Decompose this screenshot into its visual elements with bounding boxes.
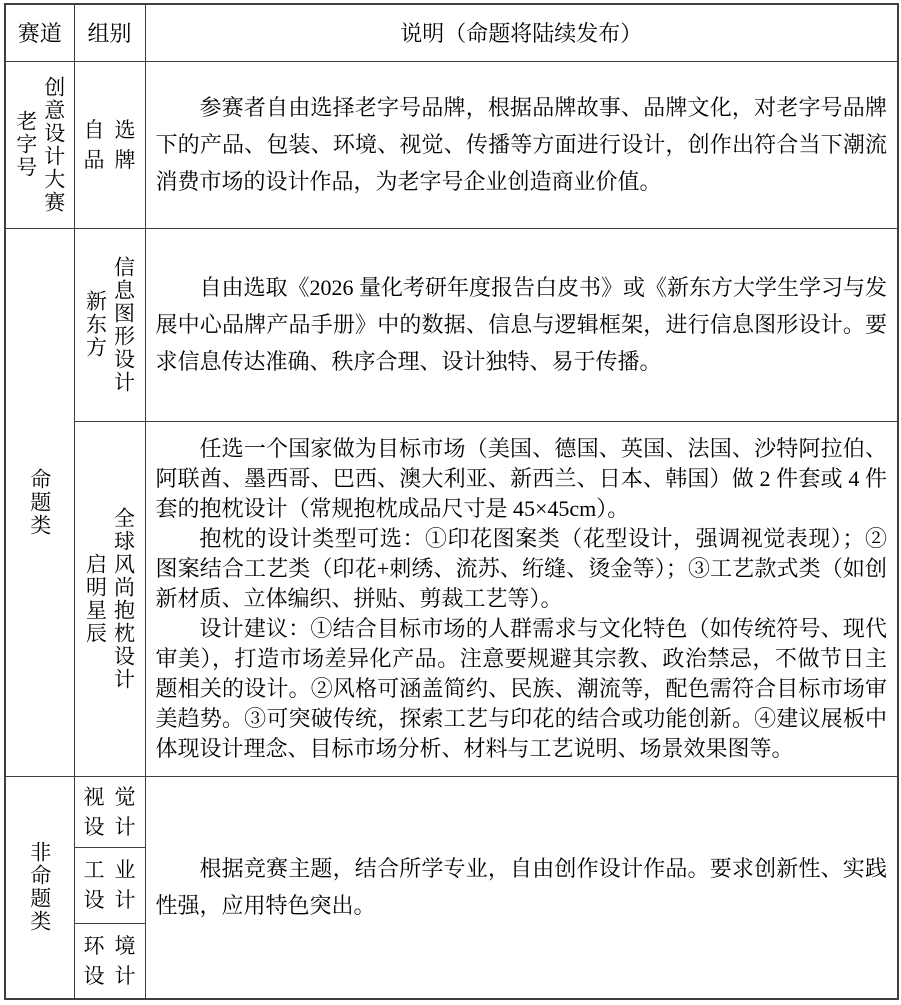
group-zixuan-line2: 品牌 — [75, 145, 145, 175]
group-cell-shijue-sheji: 视觉 设计 — [74, 776, 145, 847]
group-gongye-line2: 设计 — [75, 885, 145, 915]
track-feimingti-text: 非命题类 — [29, 841, 51, 933]
group-xindongfang-col-right: 信息图形设计 — [113, 256, 135, 394]
group-zixuan-line1-text: 自选 — [84, 115, 146, 145]
group-zixuan-line2-text: 品牌 — [84, 145, 146, 175]
row-mingti-qimingxingchen: 启明星辰 全球风尚抱枕设计 任选一个国家做为目标市场（美国、德国、英国、法国、沙… — [5, 421, 898, 776]
group-gongye-line1-text: 工业 — [84, 855, 146, 885]
group-xindongfang-vertical-text: 新东方 信息图形设计 — [75, 256, 145, 394]
desc-cell-qimingxingchen: 任选一个国家做为目标市场（美国、德国、英国、法国、沙特阿拉伯、阿联酋、墨西哥、巴… — [145, 421, 898, 776]
track-laozihao-col-right: 创意设计大赛 — [43, 76, 65, 214]
group-zixuan-line1: 自选 — [75, 115, 145, 145]
desc-qimingxingchen-paragraph-2: 抱枕的设计类型可选：①印花图案类（花型设计，强调视觉表现）；②图案结合工艺类（印… — [156, 524, 888, 614]
group-huanjing-line1: 环境 — [75, 931, 145, 961]
track-cell-feimingti: 非命题类 — [5, 776, 74, 999]
track-mingti-text: 命题类 — [29, 468, 51, 537]
track-laozihao-vertical-text: 老字号 创意设计大赛 — [6, 76, 74, 214]
track-laozihao-col-left: 老字号 — [15, 110, 37, 179]
desc-cell-xindongfang: 自由选取《2026 量化考研年度报告白皮书》或《新东方大学生学习与发展中心品牌产… — [145, 228, 898, 421]
group-huanjing-line1-text: 环境 — [84, 931, 146, 961]
group-cell-zixuan-pinpai: 自选 品牌 — [74, 61, 145, 228]
desc-xindongfang-paragraph: 自由选取《2026 量化考研年度报告白皮书》或《新东方大学生学习与发展中心品牌产… — [156, 269, 888, 380]
track-cell-laozihao: 老字号 创意设计大赛 — [5, 61, 74, 228]
group-shijue-line2: 设计 — [75, 812, 145, 842]
competition-tracks-table: 赛道 组别 说明（命题将陆续发布） 老字号 创意设计大赛 自选 品牌 参赛者自由… — [4, 3, 899, 1000]
group-qimingxingchen-col-left: 启明星辰 — [85, 553, 107, 645]
group-huanjing-line2-text: 设计 — [84, 961, 146, 991]
desc-cell-laozihao: 参赛者自由选择老字号品牌，根据品牌故事、品牌文化，对老字号品牌下的产品、包装、环… — [145, 61, 898, 228]
row-laozihao: 老字号 创意设计大赛 自选 品牌 参赛者自由选择老字号品牌，根据品牌故事、品牌文… — [5, 61, 898, 228]
track-cell-mingti: 命题类 — [5, 228, 74, 776]
row-mingti-xindongfang: 命题类 新东方 信息图形设计 自由选取《2026 量化考研年度报告白皮书》或《新… — [5, 228, 898, 421]
group-shijue-line2-text: 设计 — [84, 812, 146, 842]
header-cell-description: 说明（命题将陆续发布） — [145, 4, 898, 61]
group-cell-gongye-sheji: 工业 设计 — [74, 847, 145, 923]
group-xindongfang-col-left: 新东方 — [85, 290, 107, 359]
group-shijue-line1-text: 视觉 — [84, 782, 146, 812]
desc-qimingxingchen-paragraph-1: 任选一个国家做为目标市场（美国、德国、英国、法国、沙特阿拉伯、阿联酋、墨西哥、巴… — [156, 434, 888, 524]
track-feimingti-vertical-text: 非命题类 — [6, 841, 74, 933]
desc-laozihao-paragraph: 参赛者自由选择老字号品牌，根据品牌故事、品牌文化，对老字号品牌下的产品、包装、环… — [156, 89, 888, 200]
group-cell-qimingxingchen: 启明星辰 全球风尚抱枕设计 — [74, 421, 145, 776]
document-page: 赛道 组别 说明（命题将陆续发布） 老字号 创意设计大赛 自选 品牌 参赛者自由… — [0, 0, 901, 1003]
group-cell-xindongfang: 新东方 信息图形设计 — [74, 228, 145, 421]
group-huanjing-line2: 设计 — [75, 961, 145, 991]
group-gongye-line2-text: 设计 — [84, 885, 146, 915]
track-mingti-vertical-text: 命题类 — [6, 468, 74, 537]
group-shijue-line1: 视觉 — [75, 782, 145, 812]
group-qimingxingchen-col-right: 全球风尚抱枕设计 — [113, 507, 135, 691]
desc-cell-feimingti: 根据竞赛主题，结合所学专业，自由创作设计作品。要求创新性、实践性强，应用特色突出… — [145, 776, 898, 999]
header-cell-group: 组别 — [74, 4, 145, 61]
row-feimingti-shijue: 非命题类 视觉 设计 根据竞赛主题，结合所学专业，自由创作设计作品。要求创新性、… — [5, 776, 898, 847]
group-cell-huanjing-sheji: 环境 设计 — [74, 923, 145, 999]
desc-feimingti-paragraph: 根据竞赛主题，结合所学专业，自由创作设计作品。要求创新性、实践性强，应用特色突出… — [156, 850, 888, 924]
group-gongye-line1: 工业 — [75, 855, 145, 885]
table-header-row: 赛道 组别 说明（命题将陆续发布） — [5, 4, 898, 61]
group-qimingxingchen-vertical-text: 启明星辰 全球风尚抱枕设计 — [75, 507, 145, 691]
desc-qimingxingchen-paragraph-3: 设计建议：①结合目标市场的人群需求与文化特色（如传统符号、现代审美），打造市场差… — [156, 614, 888, 764]
header-cell-track: 赛道 — [5, 4, 74, 61]
